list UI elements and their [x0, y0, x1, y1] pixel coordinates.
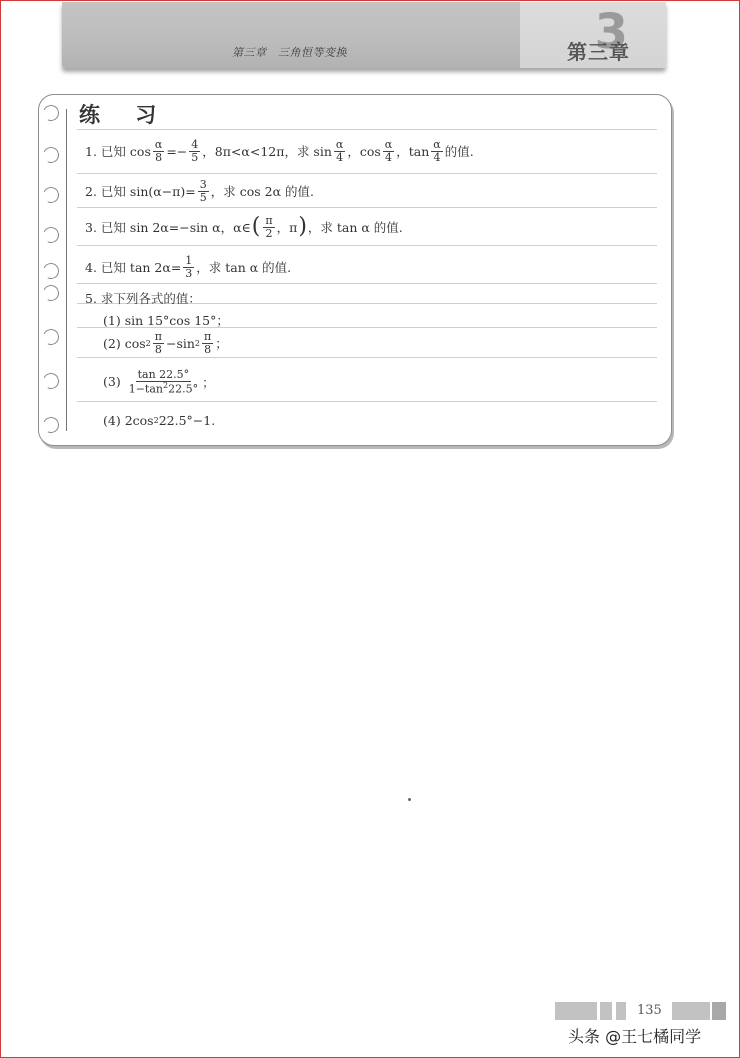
binder-ring-icon	[41, 145, 62, 166]
binder-spine	[66, 109, 67, 431]
ruled-line	[77, 129, 657, 130]
watermark: 头条 @王七橘同学	[568, 1024, 701, 1047]
binder-ring-icon	[41, 283, 62, 304]
binder-ring-icon	[41, 415, 62, 436]
scan-speck	[408, 798, 411, 801]
ruled-line	[77, 401, 657, 402]
ruled-line	[77, 173, 657, 174]
exercise-item-2: 2. 已知 sin(α−π)= 35 ，求 cos 2α 的值.	[85, 179, 314, 203]
fraction: π8	[153, 331, 164, 355]
fraction: 45	[189, 139, 200, 163]
ruled-line	[77, 357, 657, 358]
exercise-subitem-4: (4) 2cos2 22.5°−1.	[103, 413, 215, 428]
fraction: π8	[202, 331, 213, 355]
binder-ring-icon	[41, 371, 62, 392]
footer-bar	[616, 1002, 626, 1020]
footer-bar	[712, 1002, 726, 1020]
ruled-line	[77, 245, 657, 246]
fraction: α4	[334, 139, 345, 163]
page-number: 135	[637, 1003, 662, 1018]
footer-bar	[672, 1002, 710, 1020]
fraction: tan 22.5° 1−tan222.5°	[127, 369, 200, 395]
exercise-item-3: 3. 已知 sin 2α=−sin α，α∈ ( π2 ，π ) ，求 tan …	[85, 215, 403, 239]
fraction: α4	[431, 139, 442, 163]
ruled-line	[77, 283, 657, 284]
binder-ring-icon	[41, 185, 62, 206]
exercise-item-1: 1. 已知 cos α8 =− 45 ，8π<α<12π，求 sin α4 ，c…	[85, 139, 474, 163]
footer-bar	[600, 1002, 612, 1020]
binder-ring-icon	[41, 261, 62, 282]
exercise-item-5: 5. 求下列各式的值：	[85, 289, 201, 307]
binder-ring-icon	[41, 327, 62, 348]
exercise-subitem-2: (2) cos2 π8 −sin2 π8 ；	[103, 331, 228, 355]
exercise-subitem-3: (3) tan 22.5° 1−tan222.5° ；	[103, 369, 215, 395]
chapter-tab: 3 第三章	[520, 2, 666, 68]
fraction: α4	[383, 139, 394, 163]
fraction: α8	[153, 139, 164, 163]
footer-bar	[555, 1002, 597, 1020]
fraction: π2	[263, 215, 274, 239]
exercise-title: 练 习	[79, 99, 170, 129]
exercise-item-4: 4. 已知 tan 2α= 13 ，求 tan α 的值.	[85, 255, 291, 279]
exercise-subitem-1: (1) sin 15°cos 15°；	[103, 311, 229, 329]
fraction: 35	[198, 179, 209, 203]
ruled-line	[77, 207, 657, 208]
exercise-box: 练 习 1. 已知 cos α8 =− 45 ，8π<α<12π，求 sin α…	[38, 94, 672, 446]
chapter-label: 第三章	[567, 36, 630, 65]
running-title: 第三章 三角恒等变换	[232, 44, 347, 60]
binder-ring-icon	[41, 103, 62, 124]
chapter-header-banner: 第三章 三角恒等变换 3 第三章	[62, 2, 666, 68]
fraction: 13	[183, 255, 194, 279]
binder-ring-icon	[41, 225, 62, 246]
